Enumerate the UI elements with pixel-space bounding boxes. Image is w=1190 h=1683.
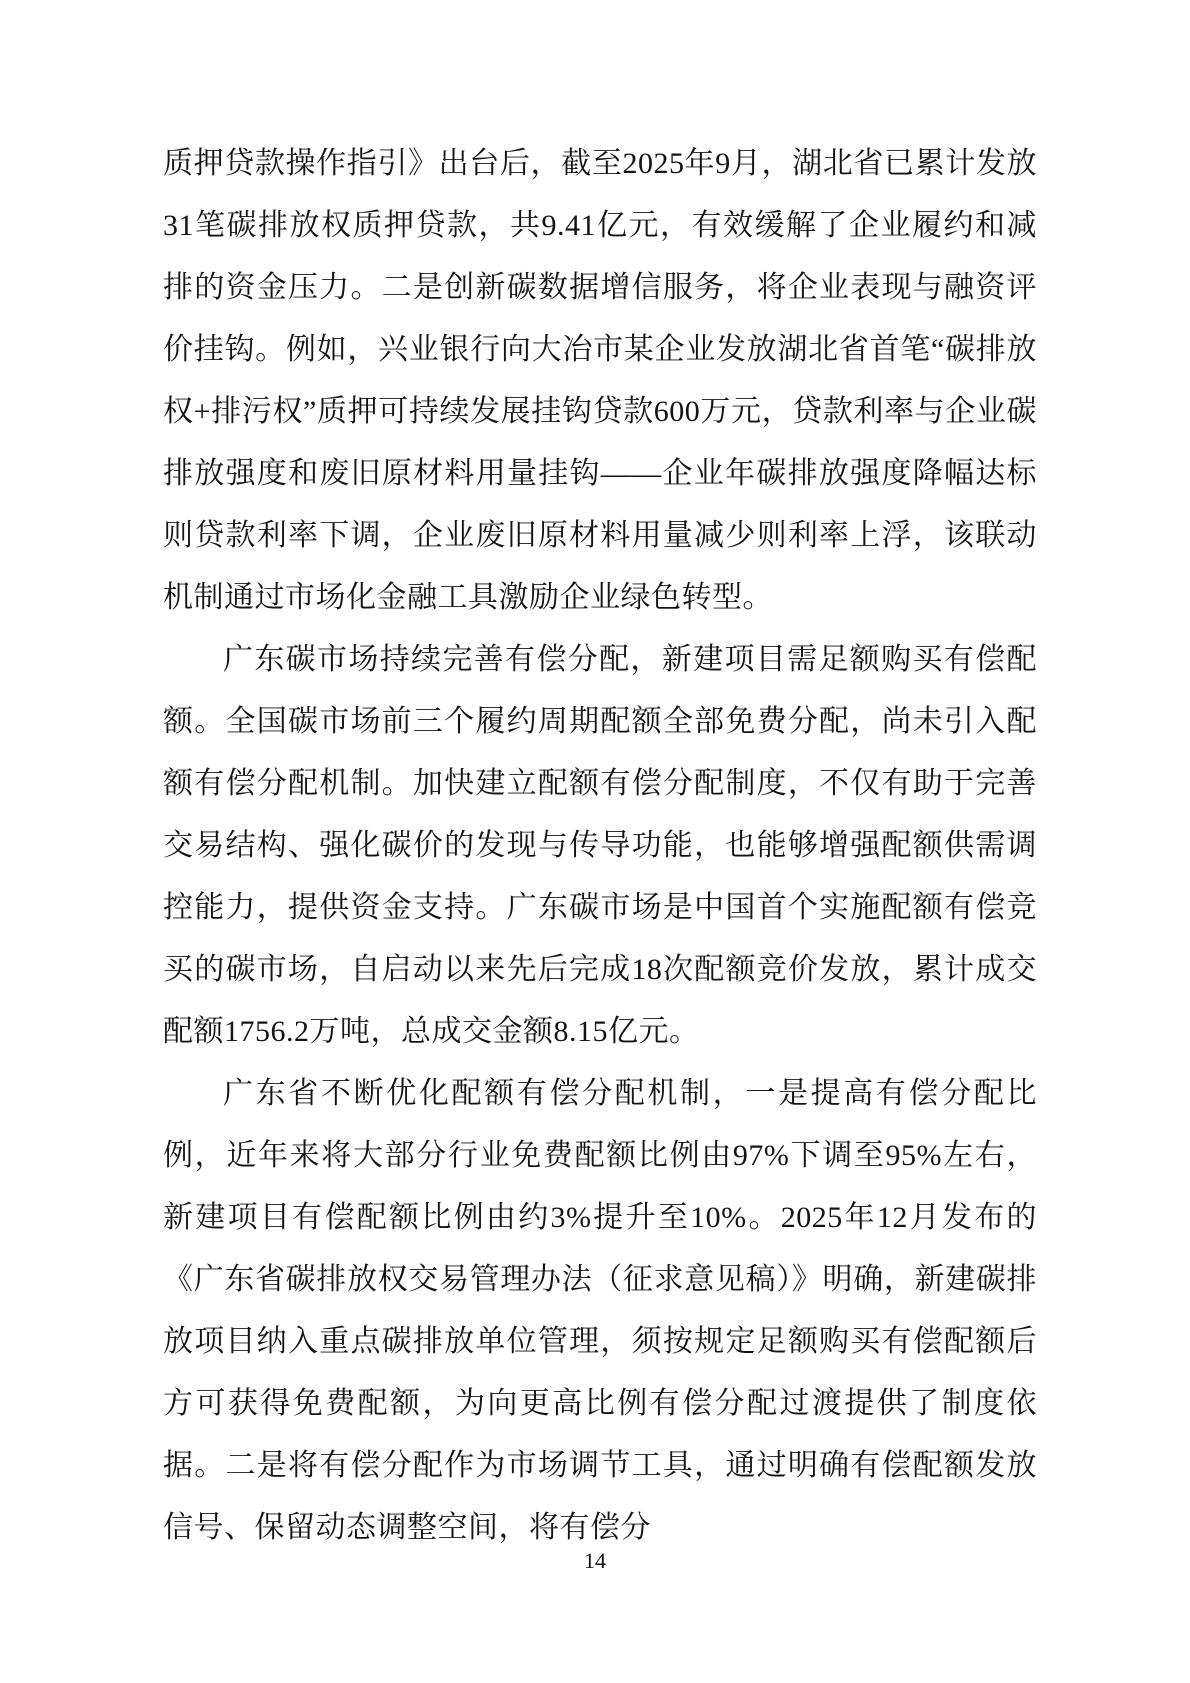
document-page: 质押贷款操作指引》出台后，截至2025年9月，湖北省已累计发放31笔碳排放权质押… (0, 0, 1190, 1683)
page-footer: 14 (0, 1548, 1190, 1574)
paragraph-continuation: 质押贷款操作指引》出台后，截至2025年9月，湖北省已累计发放31笔碳排放权质押… (163, 133, 1037, 629)
paragraph-guangdong-allocation-mechanism: 广东省不断优化配额有偿分配机制，一是提高有偿分配比例，近年来将大部分行业免费配额… (163, 1063, 1037, 1559)
paragraph-guangdong-paid-allocation: 广东碳市场持续完善有偿分配，新建项目需足额购买有偿配额。全国碳市场前三个履约周期… (163, 629, 1037, 1063)
page-body-text: 质押贷款操作指引》出台后，截至2025年9月，湖北省已累计发放31笔碳排放权质押… (163, 133, 1037, 1559)
page-number: 14 (584, 1548, 606, 1573)
